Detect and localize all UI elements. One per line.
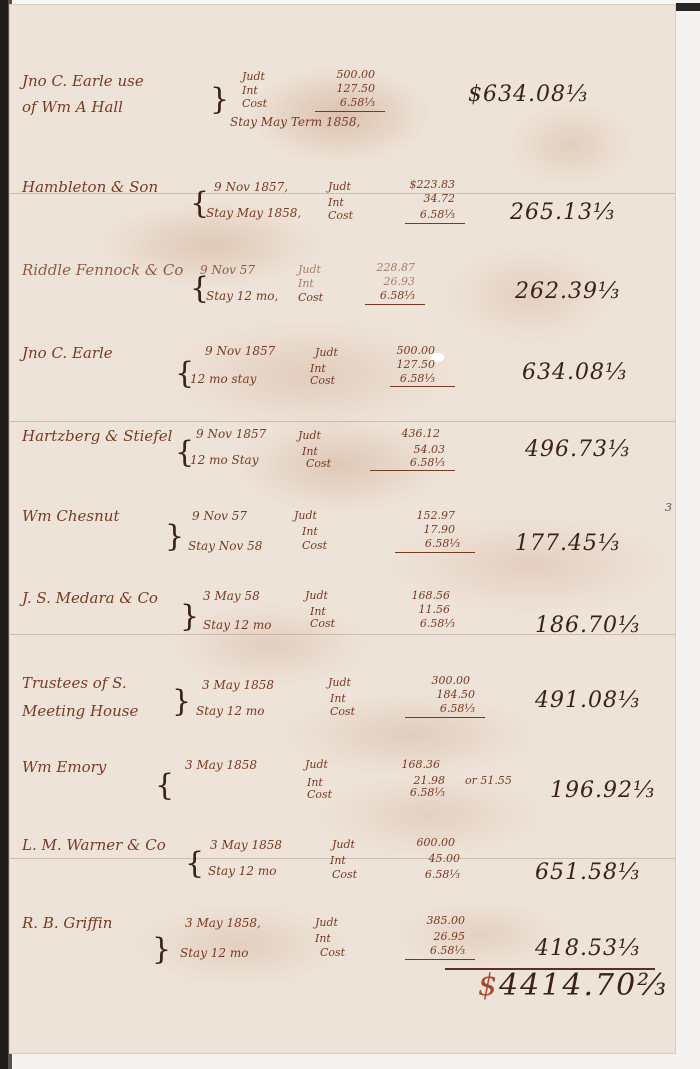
amount-judgment: 385.00 [405, 914, 465, 927]
label-judgment: Judt [305, 589, 328, 602]
amount-judgment: $223.83 [395, 178, 455, 191]
ledger-entry: Trustees of S. Meeting House } 3 May 185… [10, 668, 675, 748]
label-cost: Cost [307, 788, 332, 801]
label-judgment: Judt [294, 509, 317, 522]
entry-date: 3 May 1858 [185, 758, 257, 772]
ledger-entry: Riddle Fennock & Co { 9 Nov 57 Stay 12 m… [10, 255, 675, 335]
label-judgment: Judt [305, 758, 328, 771]
label-judgment: Judt [315, 346, 338, 359]
ledger-entry: Jno C. Earle use of Wm A Hall } Judt Int… [10, 60, 675, 140]
amount-interest: 26.95 [405, 930, 465, 943]
sum-line [365, 304, 425, 305]
entry-total: $634.08⅓ [468, 82, 588, 107]
entry-total: 418.53⅓ [535, 936, 640, 961]
label-judgment: Judt [332, 838, 355, 851]
entry-name: Wm Chesnut [22, 507, 119, 525]
entry-name: J. S. Medara & Co [22, 589, 158, 607]
brace: } [152, 932, 171, 967]
entry-name: Trustees of S. [22, 674, 127, 692]
entry-total: 177.45⅓ [515, 531, 620, 556]
amount-cost: 6.58⅓ [395, 617, 455, 630]
label-interest: Int [242, 84, 258, 97]
amount-judgment: 600.00 [395, 836, 455, 849]
label-judgment: Judt [328, 180, 351, 193]
entry-date: 3 May 1858, [185, 916, 261, 930]
amount-judgment: 168.56 [390, 589, 450, 602]
entry-date: 9 Nov 1857 [205, 344, 275, 358]
entry-name: L. M. Warner & Co [22, 836, 166, 854]
entry-total: 265.13⅓ [510, 200, 615, 225]
sum-line [405, 717, 485, 718]
brace: } [165, 519, 184, 554]
label-judgment: Judt [328, 676, 351, 689]
entry-stay: Stay 12 mo [203, 618, 271, 632]
label-interest: Int [302, 525, 318, 538]
amount-cost: 6.58⅓ [355, 289, 415, 302]
entry-stay: Stay May Term 1858, [230, 115, 360, 129]
entry-stay: Stay 12 mo [196, 704, 264, 718]
ledger-entry: L. M. Warner & Co { 3 May 1858 Stay 12 m… [10, 832, 675, 912]
entry-name: R. B. Griffin [22, 914, 112, 932]
label-interest: Int [328, 196, 344, 209]
entry-date: 3 May 58 [203, 589, 260, 603]
amount-judgment: 436.12 [380, 427, 440, 440]
entry-date: 9 Nov 57 [192, 509, 247, 523]
label-interest: Int [330, 692, 346, 705]
label-judgment: Judt [298, 429, 321, 442]
entry-stay: 12 mo stay [190, 372, 256, 386]
entry-stay: Stay 12 mo [208, 864, 276, 878]
entry-total: 634.08⅓ [522, 360, 627, 385]
amount-judgment: 228.87 [355, 261, 415, 274]
entry-stay: Stay May 1858, [206, 206, 301, 220]
amount-judgment: 152.97 [395, 509, 455, 522]
entry-date: 9 Nov 1857, [214, 180, 288, 194]
entry-total: 491.08⅓ [535, 688, 640, 713]
entry-stay: Stay Nov 58 [188, 539, 262, 553]
label-judgment: Judt [242, 70, 265, 83]
label-interest: Int [298, 277, 314, 290]
sum-line [370, 470, 455, 471]
scan-edge-bar [676, 3, 700, 11]
amount-interest: 127.50 [375, 358, 435, 371]
label-cost: Cost [332, 868, 357, 881]
amount-interest: 54.03 [385, 443, 445, 456]
amount-interest: 17.90 [395, 523, 455, 536]
entry-name: Jno C. Earle [22, 344, 113, 362]
amount-interest: 26.93 [355, 275, 415, 288]
amount-interest: 34.72 [395, 192, 455, 205]
label-cost: Cost [328, 209, 353, 222]
entry-stay: 12 mo Stay [190, 453, 258, 467]
entry-total: 262.39⅓ [515, 279, 620, 304]
scan-edge-left [0, 0, 8, 1069]
entry-name: Hartzberg & Stiefel [22, 427, 172, 445]
ledger-entry: Jno C. Earle { 9 Nov 1857 12 mo stay Jud… [10, 340, 675, 420]
grand-total-dollar: $ [478, 968, 499, 1003]
amount-cost: 6.58⅓ [395, 208, 455, 221]
amount-cost: 6.58⅓ [385, 786, 445, 799]
entry-stay: Stay 12 mo, [206, 289, 278, 303]
amount-interest: 184.50 [415, 688, 475, 701]
fold-line [10, 421, 675, 422]
brace: } [180, 599, 199, 634]
ledger-entry: Hartzberg & Stiefel { 9 Nov 1857 12 mo S… [10, 423, 675, 503]
brace: } [172, 684, 191, 719]
entry-date: 3 May 1858 [210, 838, 282, 852]
entry-name: Riddle Fennock & Co [22, 261, 183, 279]
entry-stay: Stay 12 mo [180, 946, 248, 960]
label-interest: Int [315, 932, 331, 945]
label-cost: Cost [306, 457, 331, 470]
amount-cost: 6.58⅓ [405, 944, 465, 957]
entry-total: 186.70⅓ [535, 613, 640, 638]
amount-cost: 6.58⅓ [315, 96, 375, 109]
sum-line [405, 223, 465, 224]
amount-cost: 6.58⅓ [400, 868, 460, 881]
sum-line [315, 111, 385, 112]
brace: } [210, 82, 229, 117]
amount-judgment: 500.00 [375, 344, 435, 357]
amount-cost: 6.58⅓ [415, 702, 475, 715]
ledger-entry: Hambleton & Son { 9 Nov 1857, Stay May 1… [10, 170, 675, 250]
sum-line [390, 386, 455, 387]
label-cost: Cost [242, 97, 267, 110]
amount-judgment: 168.36 [380, 758, 440, 771]
label-interest: Int [330, 854, 346, 867]
amount-interest: 127.50 [315, 82, 375, 95]
grand-total: $4414.70⅔ [478, 968, 668, 1003]
entry-name-line2: Meeting House [22, 702, 138, 720]
label-cost: Cost [330, 705, 355, 718]
amount-cost: 6.58⅓ [400, 537, 460, 550]
entry-date: 3 May 1858 [202, 678, 274, 692]
label-cost: Cost [310, 617, 335, 630]
amount-interest: 11.56 [390, 603, 450, 616]
ledger-entry: Wm Emory { 3 May 1858 Judt Int Cost 168.… [10, 752, 675, 832]
label-cost: Cost [320, 946, 345, 959]
label-judgment: Judt [298, 263, 321, 276]
grand-total-value: 4414.70⅔ [499, 968, 668, 1003]
entry-date: 9 Nov 57 [200, 263, 255, 277]
entry-name-line2: of Wm A Hall [22, 98, 123, 116]
sum-line [395, 552, 475, 553]
sum-line [405, 959, 475, 960]
amount-judgment: 500.00 [315, 68, 375, 81]
entry-total: 496.73⅓ [525, 437, 630, 462]
amount-cost: 6.58⅓ [385, 456, 445, 469]
entry-name: Hambleton & Son [22, 178, 158, 196]
entry-date: 9 Nov 1857 [196, 427, 266, 441]
entry-total: 651.58⅓ [535, 860, 640, 885]
amount-judgment: 300.00 [410, 674, 470, 687]
brace: { [155, 768, 174, 803]
label-cost: Cost [310, 374, 335, 387]
label-judgment: Judt [315, 916, 338, 929]
ledger-entry: J. S. Medara & Co } 3 May 58 Stay 12 mo … [10, 583, 675, 663]
entry-name: Jno C. Earle use [22, 72, 144, 90]
brace: { [185, 846, 204, 881]
marginal-note: or 51.55 [465, 774, 512, 787]
amount-interest: 45.00 [400, 852, 460, 865]
ledger-entry: Wm Chesnut } 9 Nov 57 Stay Nov 58 Judt I… [10, 503, 675, 583]
entry-total: 196.92⅓ [550, 778, 655, 803]
label-cost: Cost [298, 291, 323, 304]
label-cost: Cost [302, 539, 327, 552]
amount-cost: 6.58⅓ [375, 372, 435, 385]
entry-name: Wm Emory [22, 758, 106, 776]
